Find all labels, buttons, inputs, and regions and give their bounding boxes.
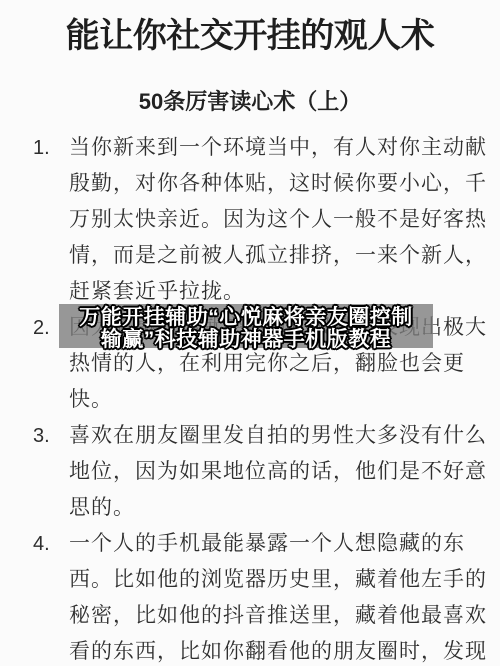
watermark-line-1: 万能开挂辅助“心悦麻将亲友圈控制	[59, 307, 433, 329]
tip-text-line: 思的。	[69, 490, 492, 526]
tip-text: 喜欢在朋友圈里发自拍的男性大多没有什么地位，因为如果地位高的话，他们是不好意思的…	[69, 418, 492, 526]
tip-text-line: 地位，因为如果地位高的话，他们是不好意	[69, 454, 492, 490]
tip-text: 一个人的手机最能暴露一个人想隐藏的东西。比如他的浏览器历史里，藏着他左手的秘密，…	[69, 526, 492, 666]
tip-text-line: 热情的人，在利用完你之后，翻脸也会更	[69, 346, 492, 382]
page-title: 能让你社交开挂的观人术	[0, 16, 500, 56]
tip-number: 4.	[33, 526, 69, 562]
tip-text: 当你新来到一个环境当中，有人对你主动献殷勤，对你各种体贴，这时候你要小心，千万别…	[69, 130, 492, 310]
tip-number: 3.	[33, 418, 69, 454]
tips-list: 1.当你新来到一个环境当中，有人对你主动献殷勤，对你各种体贴，这时候你要小心，千…	[0, 130, 500, 666]
tip-item: 3.喜欢在朋友圈里发自拍的男性大多没有什么地位，因为如果地位高的话，他们是不好意…	[33, 418, 492, 526]
tip-text-line: 万别太快亲近。因为这个人一般不是好客热	[69, 202, 492, 238]
reading-tips-card: 能让你社交开挂的观人术 50条厉害读心术（上） 1.当你新来到一个环境当中，有人…	[0, 0, 500, 666]
tip-text-line: 秘密，比如他的抖音推送里，藏着他最喜欢	[69, 598, 492, 634]
tip-text-line: 看的东西，比如你翻看他的朋友圈时，发现	[69, 634, 492, 666]
tip-text-line: 殷勤，对你各种体贴，这时候你要小心，千	[69, 166, 492, 202]
tip-text-line: 情，而是之前被人孤立排挤，一来个新人，	[69, 238, 492, 274]
tip-number: 1.	[33, 130, 69, 166]
tip-text-line: 西。比如他的浏览器历史里，藏着他左手的	[69, 562, 492, 598]
tip-text-line: 快。	[69, 382, 492, 418]
tip-text-line: 当你新来到一个环境当中，有人对你主动献	[69, 130, 492, 166]
watermark-overlay: 万能开挂辅助“心悦麻将亲友圈控制 输赢”科技辅助神器手机版教程	[59, 304, 433, 348]
page-subtitle: 50条厉害读心术（上）	[0, 88, 500, 116]
tip-text-line: 一个人的手机最能暴露一个人想隐藏的东	[69, 526, 492, 562]
tip-item: 1.当你新来到一个环境当中，有人对你主动献殷勤，对你各种体贴，这时候你要小心，千…	[33, 130, 492, 310]
tip-text-line: 喜欢在朋友圈里发自拍的男性大多没有什么	[69, 418, 492, 454]
tip-item: 4.一个人的手机最能暴露一个人想隐藏的东西。比如他的浏览器历史里，藏着他左手的秘…	[33, 526, 492, 666]
watermark-line-2: 输赢”科技辅助神器手机版教程	[59, 329, 433, 351]
